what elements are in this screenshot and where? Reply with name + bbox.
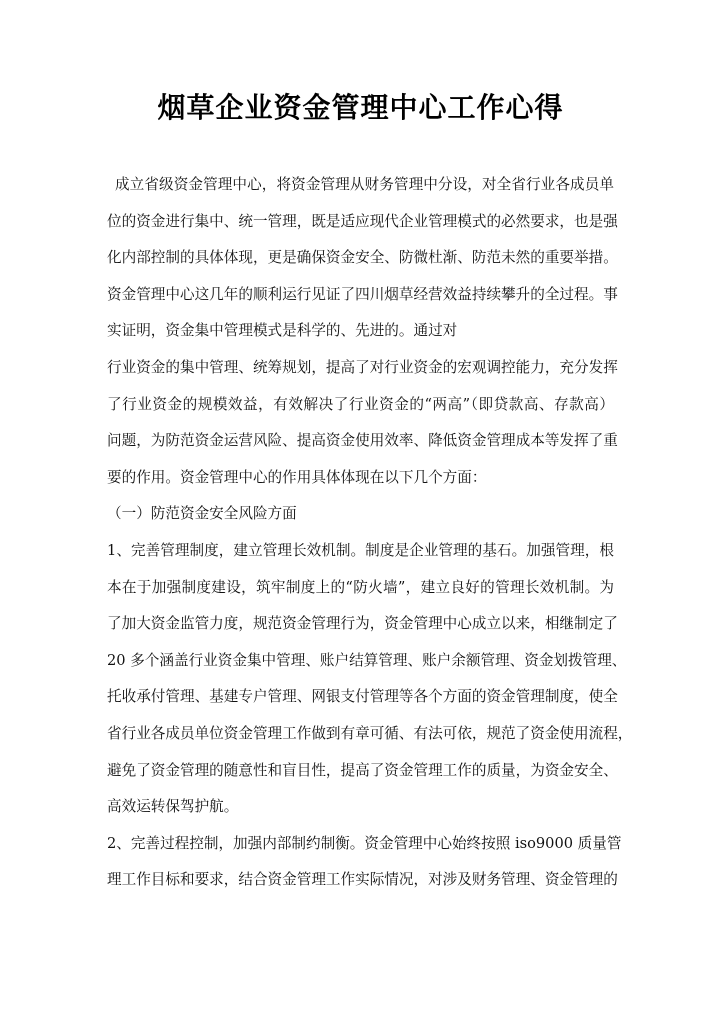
text-line: 要的作用。资金管理中心的作用具体体现在以下几个方面： (107, 463, 614, 500)
text-line: 位的资金进行集中、统一管理，既是适应现代企业管理模式的必然要求，也是强 (107, 207, 614, 244)
text-line: 行业资金的集中管理、统筹规划，提高了对行业资金的宏观调控能力，充分发挥 (107, 353, 614, 390)
text-line: 本在于加强制度建设，筑牢制度上的“防火墙”，建立良好的管理长效机制。为 (107, 573, 614, 610)
text-line: 省行业各成员单位资金管理工作做到有章可循、有法可依，规范了资金使用流程， (107, 719, 614, 756)
text-line: 2、完善过程控制，加强内部制约制衡。资金管理中心始终按照 iso9000 质量管 (107, 829, 614, 866)
text-line: 成立省级资金管理中心，将资金管理从财务管理中分设，对全省行业各成员单 (107, 170, 614, 207)
text-line: 资金管理中心这几年的顺利运行见证了四川烟草经营效益持续攀升的全过程。事 (107, 280, 614, 317)
text-line: 托收承付管理、基建专户管理、网银支付管理等各个方面的资金管理制度，使全 (107, 682, 614, 719)
text-line: 化内部控制的具体体现，更是确保资金安全、防微杜渐、防范未然的重要举措。 (107, 243, 614, 280)
document-page: 烟草企业资金管理中心工作心得 成立省级资金管理中心，将资金管理从财务管理中分设，… (0, 0, 721, 1020)
text-line: 了加大资金监管力度，规范资金管理行为，资金管理中心成立以来，相继制定了 (107, 609, 614, 646)
text-line: 20 多个涵盖行业资金集中管理、账户结算管理、账户余额管理、资金划拨管理、 (107, 646, 614, 683)
document-title: 烟草企业资金管理中心工作心得 (0, 86, 721, 126)
text-line: 高效运转保驾护航。 (107, 792, 614, 829)
text-line: 理工作目标和要求，结合资金管理工作实际情况，对涉及财务管理、资金管理的 (107, 865, 614, 902)
text-line: 避免了资金管理的随意性和盲目性，提高了资金管理工作的质量，为资金安全、 (107, 756, 614, 793)
section-heading: （一）防范资金安全风险方面 (107, 499, 614, 536)
text-line: 1、完善管理制度，建立管理长效机制。制度是企业管理的基石。加强管理，根 (107, 536, 614, 573)
text-line: 实证明，资金集中管理模式是科学的、先进的。通过对 (107, 316, 614, 353)
text-line: 问题，为防范资金运营风险、提高资金使用效率、降低资金管理成本等发挥了重 (107, 426, 614, 463)
document-body: 成立省级资金管理中心，将资金管理从财务管理中分设，对全省行业各成员单 位的资金进… (107, 170, 614, 902)
text-line: 了行业资金的规模效益，有效解决了行业资金的“两高”（即贷款高、存款高） (107, 390, 614, 427)
